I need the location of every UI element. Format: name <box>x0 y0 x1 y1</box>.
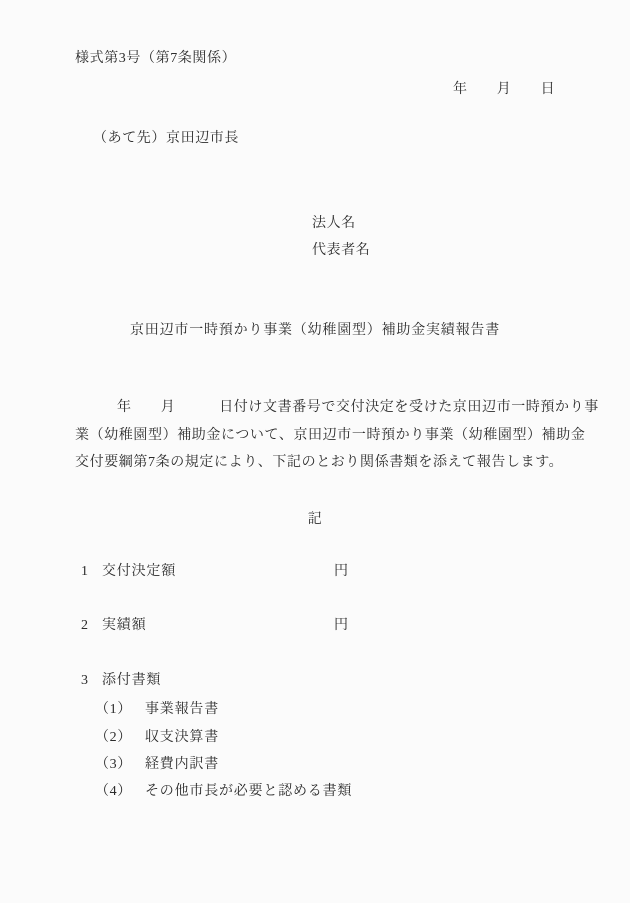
item-unit-yen: 円 <box>334 617 349 634</box>
attachment-label: 収支決算書 <box>145 729 219 746</box>
item-row-actual-amount: 2 実績額 円 <box>0 617 630 635</box>
attachment-row-expense-breakdown: （3） 経費内訳書 <box>0 756 630 774</box>
attachment-label: 事業報告書 <box>145 701 219 718</box>
representative-name-label: 代表者名 <box>312 242 370 259</box>
document-title: 京田辺市一時預かり事業（幼稚園型）補助金実績報告書 <box>0 322 630 339</box>
item-number: 1 <box>81 563 89 580</box>
body-paragraph-line-3: 交付要綱第7条の規定により、下記のとおり関係書類を添えて報告します。 <box>75 454 563 471</box>
attachment-row-business-report: （1） 事業報告書 <box>0 701 630 719</box>
document-page: 様式第3号（第7条関係） 年 月 日 （あて先）京田辺市長 法人名 代表者名 京… <box>0 0 630 903</box>
attachment-number: （3） <box>95 756 132 773</box>
item-unit-yen: 円 <box>334 563 349 580</box>
date-line: 年 月 日 <box>453 81 555 98</box>
item-row-attached-documents: 3 添付書類 <box>0 672 630 690</box>
item-row-grant-decision-amount: 1 交付決定額 円 <box>0 563 630 581</box>
body-paragraph-line-1: 年 月 日付け文書番号で交付決定を受けた京田辺市一時預かり事 <box>117 399 599 416</box>
item-label: 添付書類 <box>102 672 161 689</box>
attachment-row-financial-statement: （2） 収支決算書 <box>0 729 630 747</box>
attachment-number: （2） <box>95 729 132 746</box>
addressee-line: （あて先）京田辺市長 <box>93 130 239 147</box>
item-number: 3 <box>81 672 89 689</box>
attachment-number: （4） <box>95 783 132 800</box>
item-label: 実績額 <box>102 617 146 634</box>
form-number: 様式第3号（第7条関係） <box>75 50 236 67</box>
body-paragraph-line-2: 業（幼稚園型）補助金について、京田辺市一時預かり事業（幼稚園型）補助金 <box>75 427 585 444</box>
attachment-number: （1） <box>95 701 132 718</box>
attachment-label: その他市長が必要と認める書類 <box>145 783 352 800</box>
item-number: 2 <box>81 617 89 634</box>
attachment-label: 経費内訳書 <box>145 756 219 773</box>
attachment-row-other-documents: （4） その他市長が必要と認める書類 <box>0 783 630 801</box>
item-label: 交付決定額 <box>102 563 176 580</box>
corporation-name-label: 法人名 <box>312 215 356 232</box>
ki-marker: 記 <box>0 511 630 528</box>
